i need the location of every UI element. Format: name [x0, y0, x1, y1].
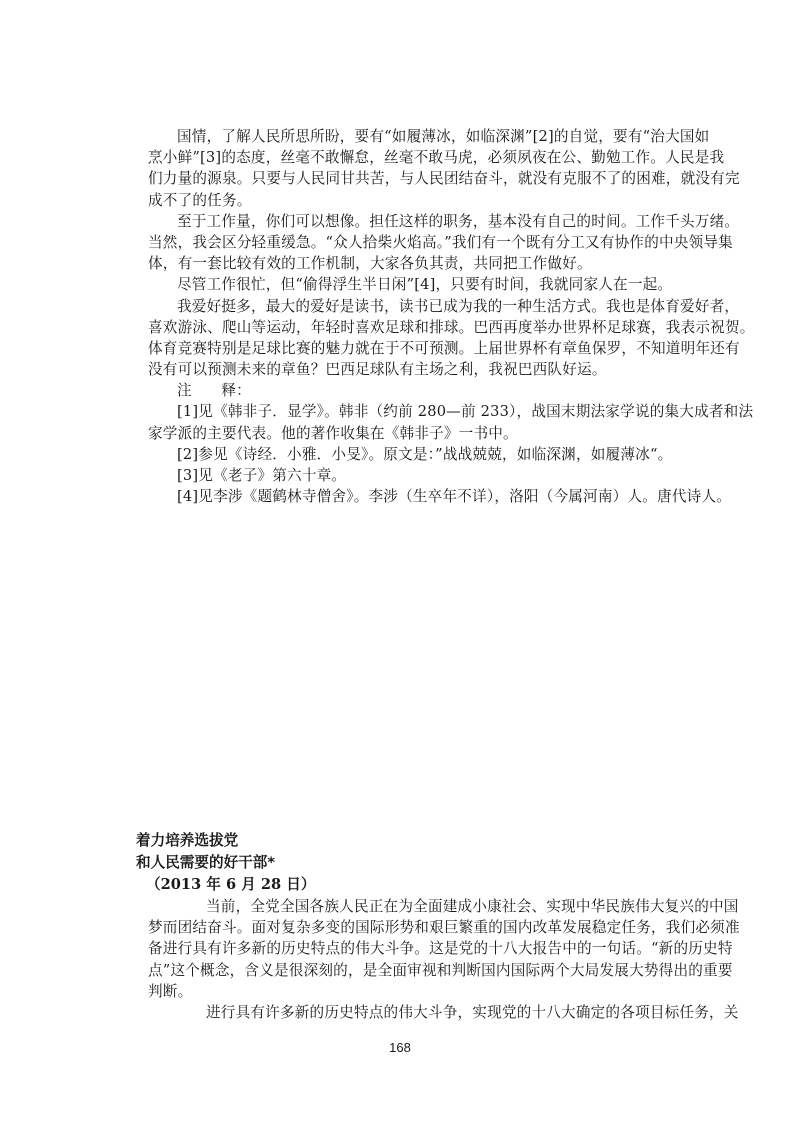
text-line: 梦而团结奋斗。面对复杂多变的国际形势和艰巨繁重的国内改革发展稳定任务，我们必须准: [148, 917, 663, 938]
footnote-1: [1]见《韩非子．显学》。韩非（约前 280—前 233），战国末期法家学说的集…: [148, 401, 663, 443]
text-line: 们力量的源泉。只要与人民同甘共苦，与人民团结奋斗，就没有克服不了的困难，就没有完: [148, 168, 663, 189]
footnote-3: [3]见《老子》第六十章。: [148, 465, 663, 486]
notes-heading: 注 释：: [148, 380, 663, 401]
text-line: 体育竞赛特别是足球比赛的魅力就在于不可预测。上届世界杯有章鱼保罗，不知道明年还有: [148, 338, 663, 359]
text-line: [2]参见《诗经．小雅．小旻》。原文是：”战战兢兢，如临深渊，如履薄冰“。: [148, 444, 663, 465]
text-line: 没有可以预测未来的章鱼？巴西足球队有主场之利，我祝巴西队好运。: [148, 359, 663, 380]
text-line: [4]见李涉《题鹤林寺僧舍》。李涉（生卒年不详），洛阳（今属河南）人。唐代诗人。: [148, 486, 663, 507]
text-line: 判断。: [148, 981, 663, 1002]
text-line: 烹小鲜”[3]的态度，丝毫不敢懈怠，丝毫不敢马虎，必须夙夜在公、勤勉工作。人民是…: [148, 147, 663, 168]
text-line: 喜欢游泳、爬山等运动，年轻时喜欢足球和排球。巴西再度举办世界杯足球赛，我表示祝贺…: [148, 317, 663, 338]
body-text-top: 国情，了解人民所思所盼，要有“如履薄冰，如临深渊”[2]的自觉，要有“治大国如 …: [148, 126, 663, 507]
text-line: 当前，全党全国各族人民正在为全面建成小康社会、实现中华民族伟大复兴的中国: [148, 896, 663, 917]
text-line: 国情，了解人民所思所盼，要有“如履薄冰，如临深渊”[2]的自觉，要有“治大国如: [148, 126, 663, 147]
article-date: （2013 年 6 月 28 日）: [146, 874, 315, 895]
page-number: 168: [0, 1040, 800, 1055]
text-line: 我爱好挺多，最大的爱好是读书，读书已成为我的一种生活方式。我也是体育爱好者，: [148, 296, 663, 317]
paragraph: 尽管工作很忙，但“偷得浮生半日闲”[4]，只要有时间，我就同家人在一起。: [148, 274, 663, 295]
paragraph: 我爱好挺多，最大的爱好是读书，读书已成为我的一种生活方式。我也是体育爱好者， 喜…: [148, 296, 663, 381]
article-title-line-1: 着力培养选拔党: [136, 830, 238, 851]
document-page: 国情，了解人民所思所盼，要有“如履薄冰，如临深渊”[2]的自觉，要有“治大国如 …: [0, 0, 800, 1131]
text-line: 尽管工作很忙，但“偷得浮生半日闲”[4]，只要有时间，我就同家人在一起。: [148, 274, 663, 295]
text-line: 成不了的任务。: [148, 190, 663, 211]
paragraph: 国情，了解人民所思所盼，要有“如履薄冰，如临深渊”[2]的自觉，要有“治大国如 …: [148, 126, 663, 211]
body-text-article: 当前，全党全国各族人民正在为全面建成小康社会、实现中华民族伟大复兴的中国 梦而团…: [148, 896, 663, 1023]
article-title-line-2: 和人民需要的好干部*: [136, 852, 275, 873]
text-line: 当然，我会区分轻重缓急。“众人拾柴火焰高。”我们有一个既有分工又有协作的中央领导…: [148, 232, 663, 253]
text-line: 点”这个概念，含义是很深刻的，是全面审视和判断国内国际两个大局发展大势得出的重要: [148, 960, 663, 981]
text-line: 备进行具有许多新的历史特点的伟大斗争。这是党的十八大报告中的一句话。“新的历史特: [148, 938, 663, 959]
text-line: 家学派的主要代表。他的著作收集在《韩非子》一书中。: [148, 423, 663, 444]
paragraph: 至于工作量，你们可以想像。担任这样的职务，基本没有自己的时间。工作千头万绪。 当…: [148, 211, 663, 275]
text-line: 至于工作量，你们可以想像。担任这样的职务，基本没有自己的时间。工作千头万绪。: [148, 211, 663, 232]
paragraph: 进行具有许多新的历史特点的伟大斗争，实现党的十八大确定的各项目标任务，关: [148, 1002, 663, 1023]
footnote-4: [4]见李涉《题鹤林寺僧舍》。李涉（生卒年不详），洛阳（今属河南）人。唐代诗人。: [148, 486, 663, 507]
text-line: 体，有一套比较有效的工作机制，大家各负其责，共同把工作做好。: [148, 253, 663, 274]
text-line: 进行具有许多新的历史特点的伟大斗争，实现党的十八大确定的各项目标任务，关: [148, 1002, 663, 1023]
paragraph: 当前，全党全国各族人民正在为全面建成小康社会、实现中华民族伟大复兴的中国 梦而团…: [148, 896, 663, 1002]
text-line: [3]见《老子》第六十章。: [148, 465, 663, 486]
footnote-2: [2]参见《诗经．小雅．小旻》。原文是：”战战兢兢，如临深渊，如履薄冰“。: [148, 444, 663, 465]
text-line: [1]见《韩非子．显学》。韩非（约前 280—前 233），战国末期法家学说的集…: [148, 401, 663, 422]
